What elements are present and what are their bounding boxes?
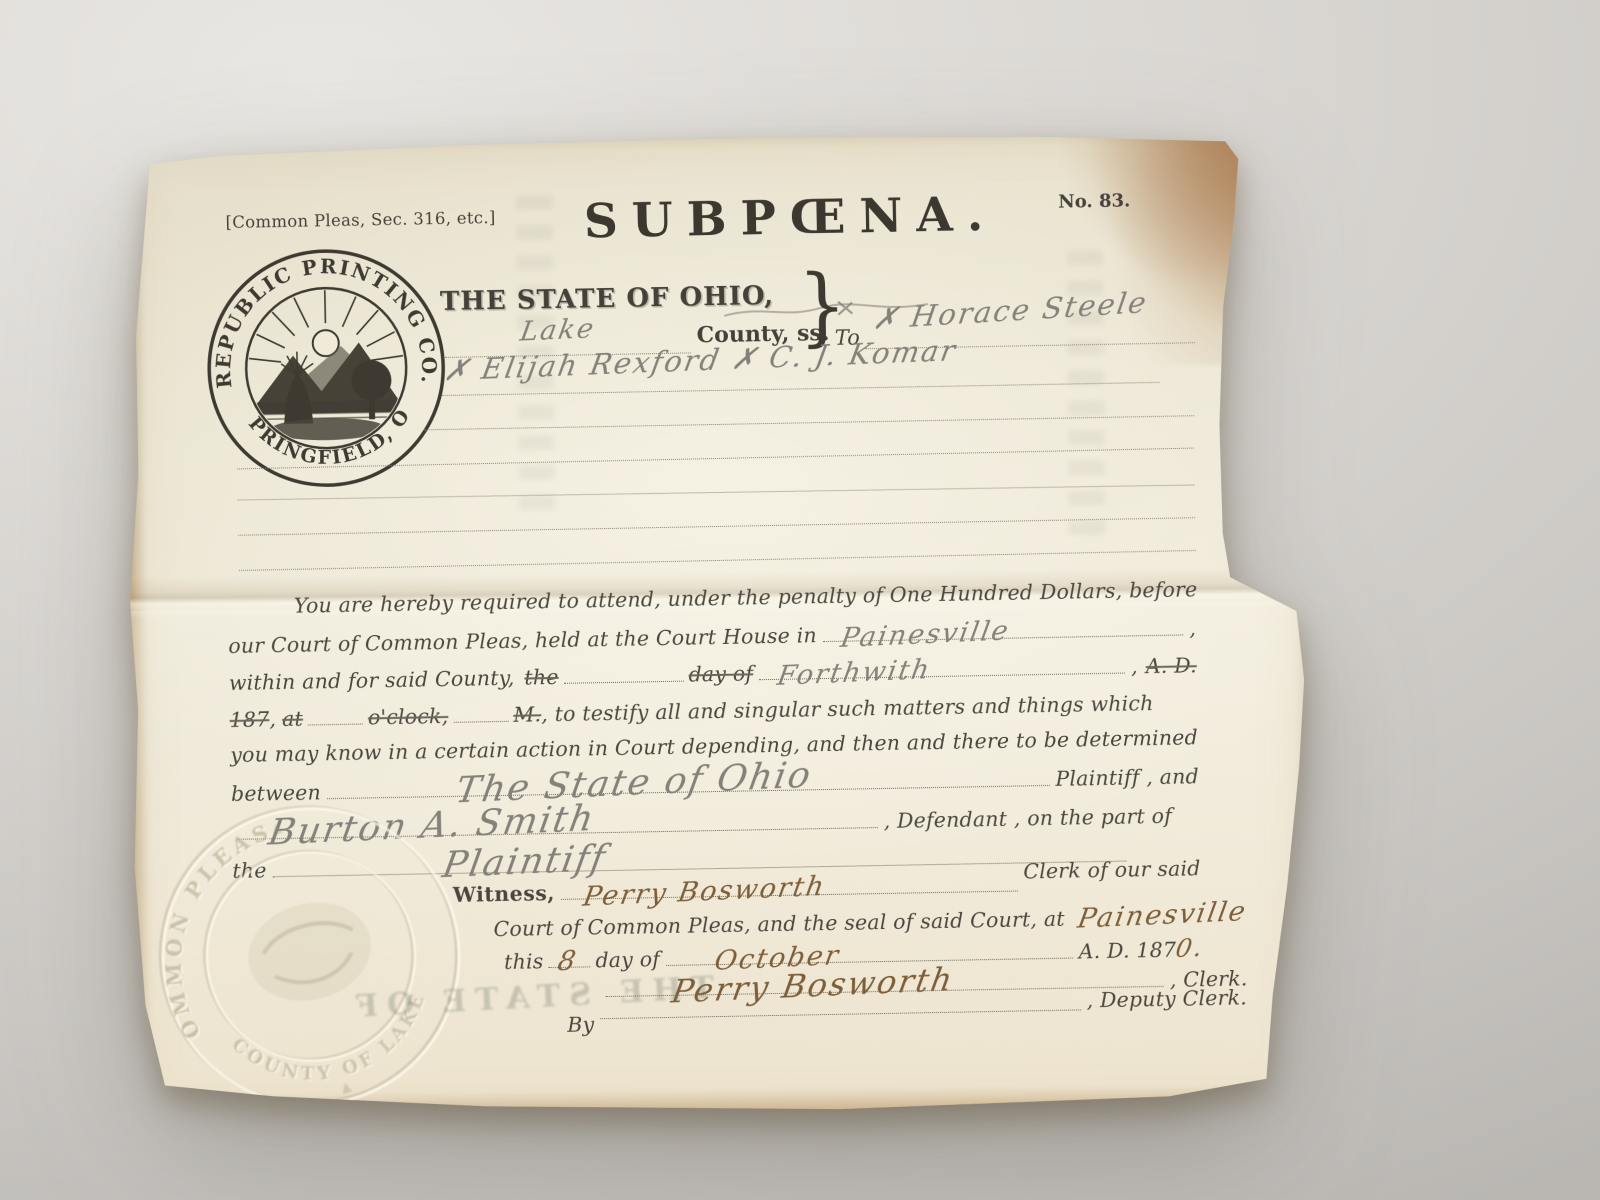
county-value-handwriting: Lake	[518, 315, 597, 345]
body-line-3: within and for said County, the day of F…	[229, 651, 1197, 695]
body-line-2: our Court of Common Pleas, held at the C…	[228, 614, 1196, 658]
witness-label: Witness,	[453, 881, 556, 907]
struck-word: the	[524, 665, 559, 690]
struck-word: o'clock,	[368, 704, 449, 729]
seal-place-handwriting: Painesville	[1076, 898, 1249, 933]
document-title: SUBPŒNA.	[510, 185, 1071, 250]
ruled-line	[424, 415, 1194, 430]
body-line-1: You are hereby required to attend, under…	[227, 577, 1197, 619]
year-digit-handwriting: 0.	[1174, 935, 1206, 961]
paper-wrap: [Common Pleas, Sec. 316, etc.] No. 83. S…	[124, 129, 1311, 1123]
state-heading: THE STATE OF OHIO,	[440, 281, 775, 317]
recipient-1-handwriting: ✗ Horace Steele	[871, 288, 1150, 334]
ruled-line	[238, 517, 1195, 536]
photo-background: [Common Pleas, Sec. 316, etc.] No. 83. S…	[0, 0, 1600, 1200]
document-content: [Common Pleas, Sec. 316, etc.] No. 83. S…	[119, 123, 1315, 1128]
witness-clerk-handwriting: Perry Bosworth	[581, 873, 828, 911]
ruled-line	[442, 382, 1160, 396]
body-line-4: 187 , at o'clock, M. , to testify all an…	[229, 688, 1214, 732]
day-number-handwriting: 8	[556, 947, 580, 975]
struck-word: day of	[688, 661, 753, 686]
struck-word: at	[282, 707, 303, 731]
ruled-line	[239, 550, 1196, 571]
statute-citation: [Common Pleas, Sec. 316, etc.]	[225, 208, 495, 232]
day-handwriting: Forthwith	[775, 656, 933, 690]
struck-word: A. D.	[1146, 653, 1197, 678]
struck-word: 187	[229, 707, 269, 732]
subpoena-paper: [Common Pleas, Sec. 316, etc.] No. 83. S…	[124, 129, 1311, 1123]
struck-word: M.	[513, 702, 541, 727]
printer-seal: REPUBLIC PRINTING CO. SPRINGFIELD, O.	[199, 241, 454, 496]
court-house-handwriting: Painesville	[838, 617, 1011, 652]
